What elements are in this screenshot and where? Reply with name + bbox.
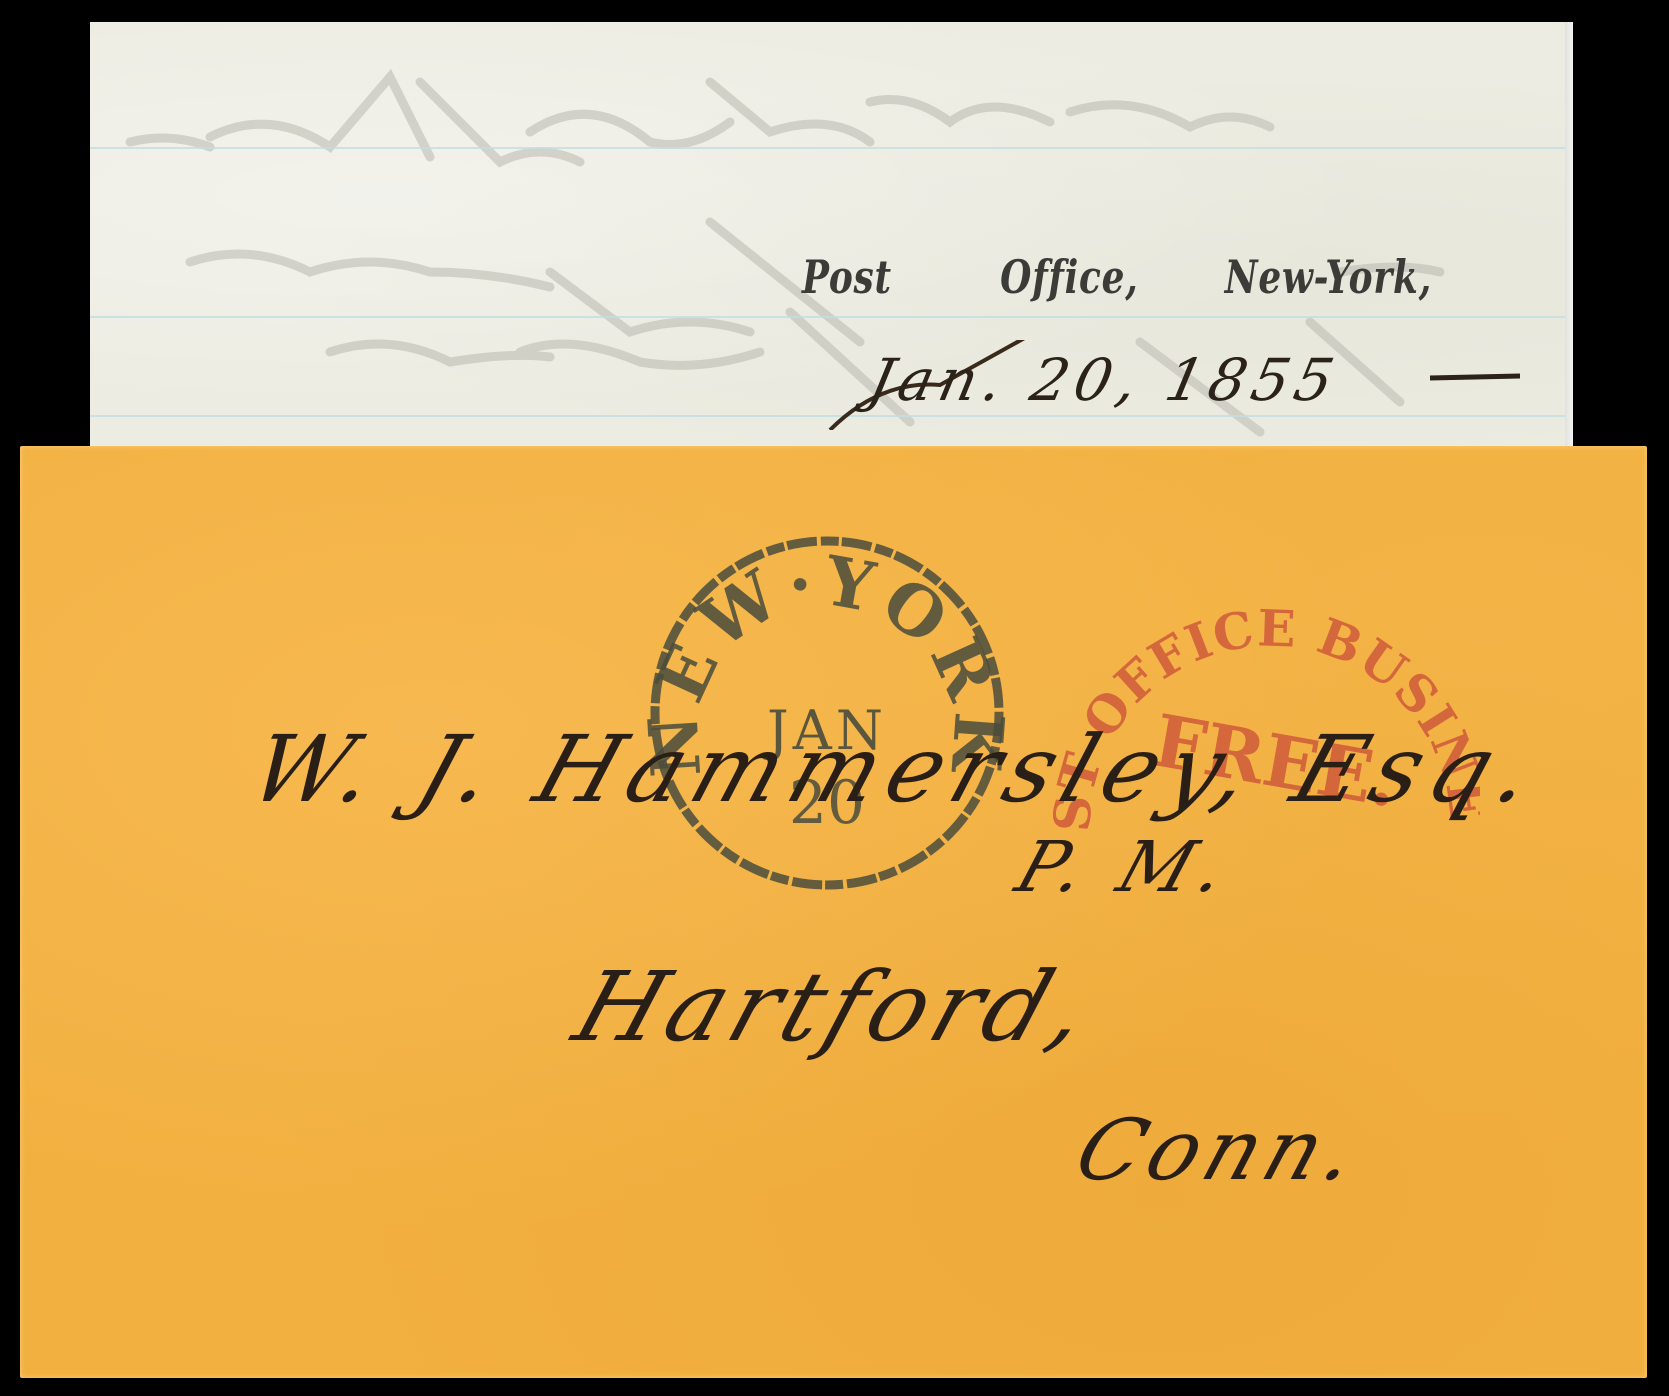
handwritten-address: W. J. Hammersley, Esq. P. M. Hartford, C…	[20, 446, 1647, 1378]
letterhead-word: New-York,	[1225, 250, 1432, 304]
address-line-title: P. M.	[1007, 826, 1245, 908]
address-line-city: Hartford,	[562, 951, 1109, 1063]
letterhead-word: Office,	[1000, 250, 1138, 304]
address-line-name: W. J. Hammersley, Esq.	[238, 716, 1558, 823]
letterhead-word: Post	[802, 250, 892, 304]
date-text: Jan. 20, 1855	[863, 346, 1346, 414]
handwritten-date: Jan. 20, 1855	[820, 340, 1520, 430]
ruled-line	[90, 147, 1573, 149]
address-line-state: Conn.	[1064, 1101, 1376, 1199]
letterhead: Post Office, New-York,	[226, 250, 1383, 320]
envelope: NEW·YORK JAN 20 POST OFFICE BUSINESS FRE…	[20, 446, 1647, 1378]
letter-sheet: Post Office, New-York, Jan. 20, 1855	[90, 22, 1573, 452]
